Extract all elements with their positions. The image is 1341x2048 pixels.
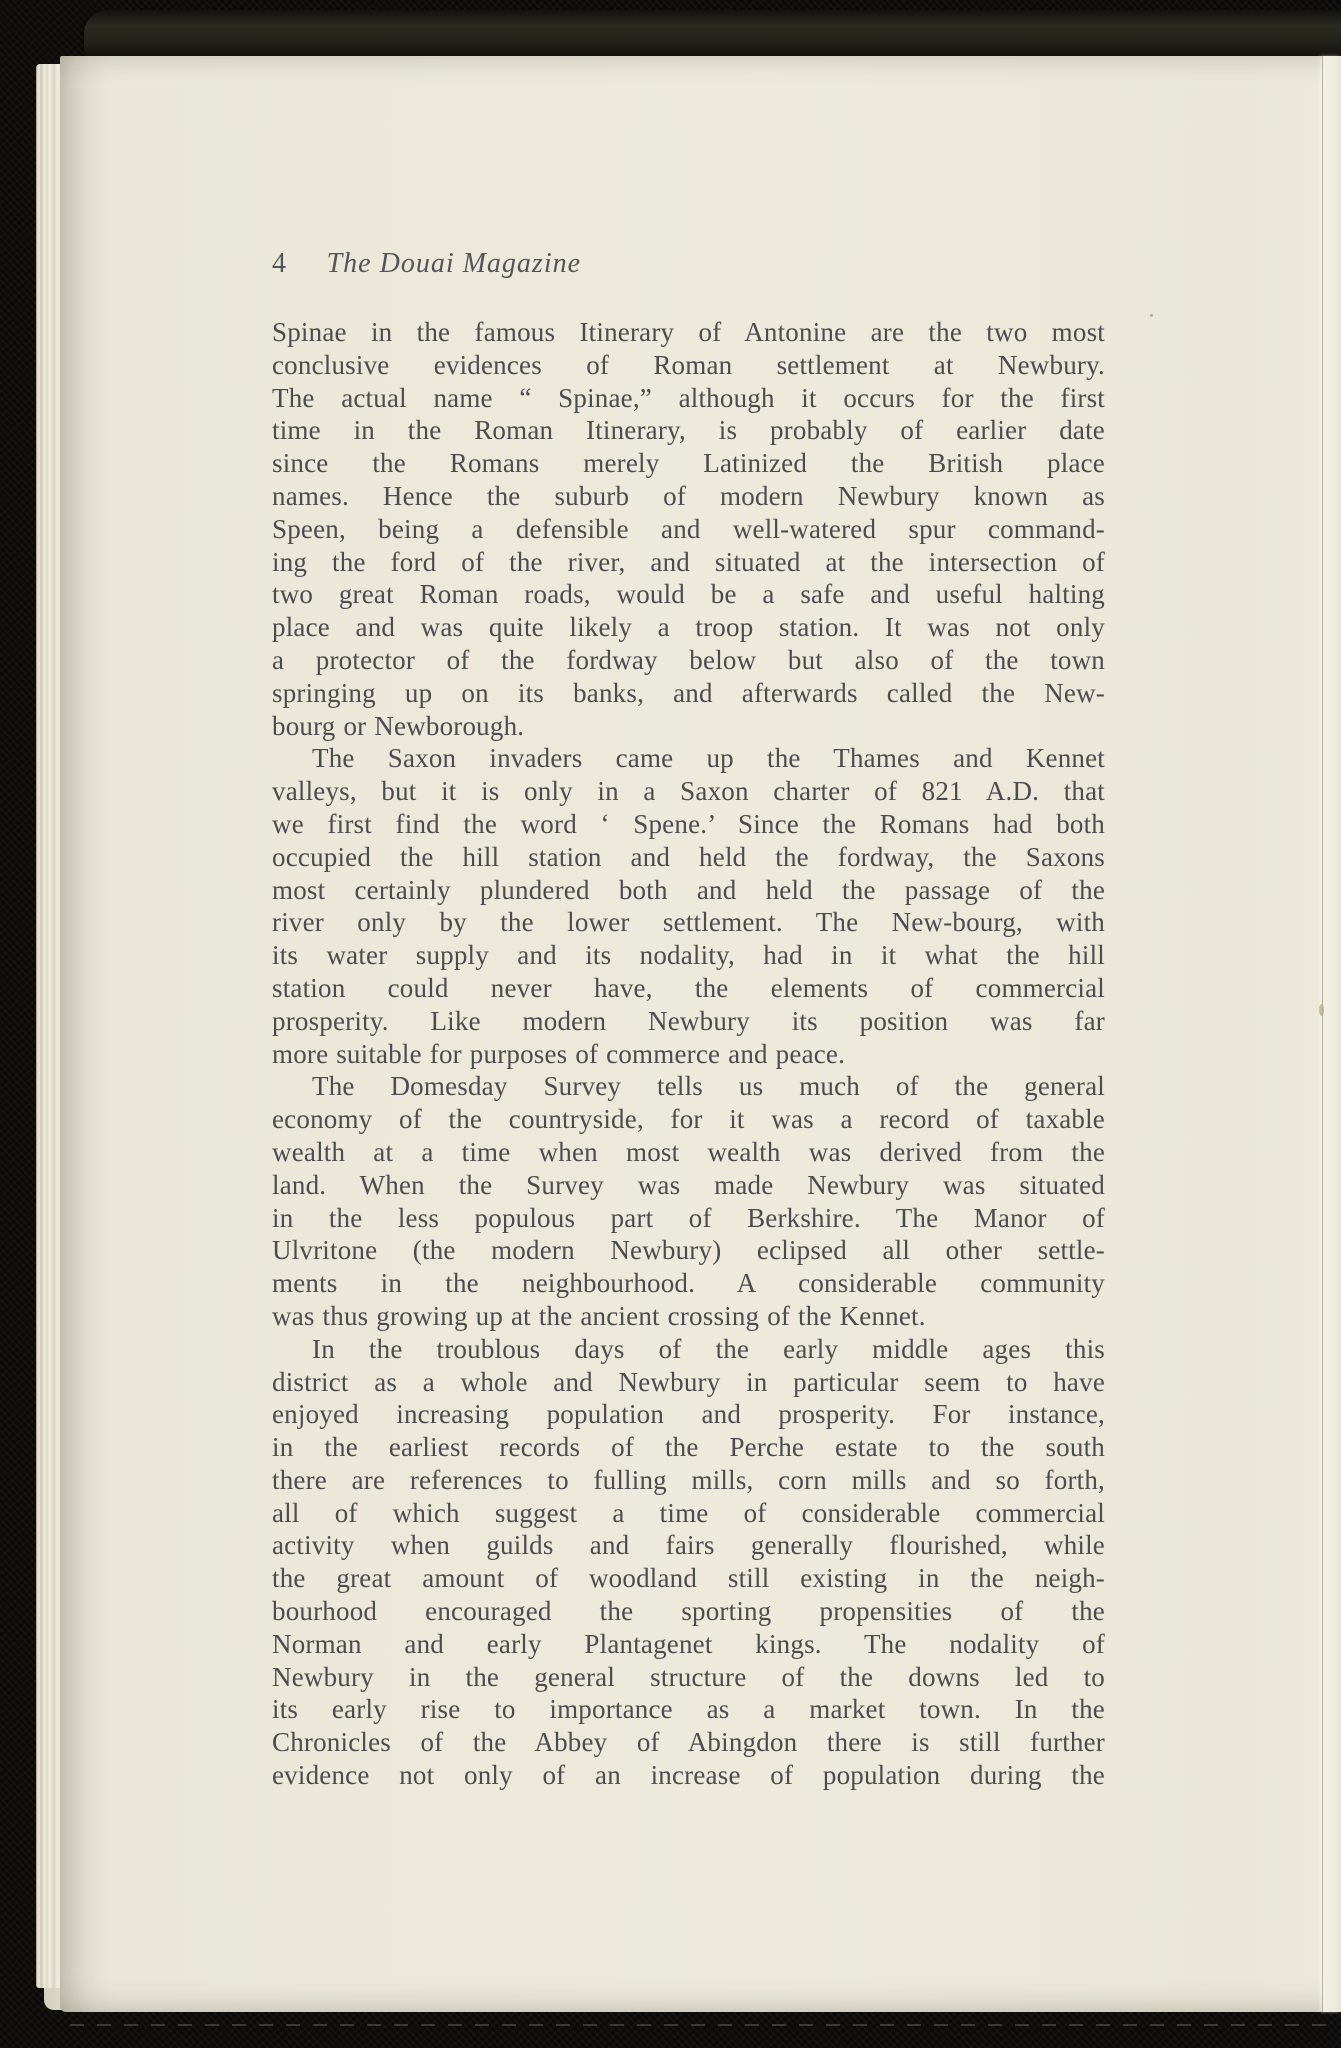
text-line: enjoyed increasing population and prospe…	[272, 1398, 1105, 1431]
text-line: bourhood encouraged the sporting propens…	[272, 1595, 1105, 1628]
paper-speck	[1150, 314, 1153, 317]
text-line: district as a whole and Newbury in parti…	[272, 1366, 1105, 1399]
text-line: there are references to fulling mills, c…	[272, 1464, 1105, 1497]
text-line: more suitable for purposes of commerce a…	[272, 1038, 1105, 1071]
text-line: Spinae in the famous Itinerary of Antoni…	[272, 316, 1105, 349]
text-line: Speen, being a defensible and well-water…	[272, 513, 1105, 546]
text-line: the great amount of woodland still exist…	[272, 1562, 1105, 1595]
text-line: economy of the countryside, for it was a…	[272, 1103, 1105, 1136]
text-line: we first find the word ‘ Spene.’ Since t…	[272, 808, 1105, 841]
book-cover-stitch-line	[70, 2024, 1331, 2026]
page-fore-edge-crease	[1322, 56, 1341, 2012]
text-line: time in the Roman Itinerary, is probably…	[272, 414, 1105, 447]
text-line: all of which suggest a time of considera…	[272, 1497, 1105, 1530]
text-line: occupied the hill station and held the f…	[272, 841, 1105, 874]
paper-speck	[1319, 1004, 1324, 1016]
page-number: 4	[272, 248, 287, 280]
page-header: 4 The Douai Magazine	[272, 248, 581, 280]
text-line: land. When the Survey was made Newbury w…	[272, 1169, 1105, 1202]
text-line: two great Roman roads, would be a safe a…	[272, 578, 1105, 611]
text-line: prosperity. Like modern Newbury its posi…	[272, 1005, 1105, 1038]
text-line: in the earliest records of the Perche es…	[272, 1431, 1105, 1464]
text-line: valleys, but it is only in a Saxon chart…	[272, 775, 1105, 808]
text-line: station could never have, the elements o…	[272, 972, 1105, 1005]
text-line: Ulvritone (the modern Newbury) eclipsed …	[272, 1234, 1105, 1267]
text-line: Norman and early Plantagenet kings. The …	[272, 1628, 1105, 1661]
text-line: ing the ford of the river, and situated …	[272, 546, 1105, 579]
text-line: Chronicles of the Abbey of Abingdon ther…	[272, 1726, 1105, 1759]
text-line: conclusive evidences of Roman settlement…	[272, 349, 1105, 382]
book-cover-top-edge	[84, 10, 1341, 58]
text-line: a protector of the fordway below but als…	[272, 644, 1105, 677]
text-line: its early rise to importance as a market…	[272, 1693, 1105, 1726]
running-title: The Douai Magazine	[327, 248, 581, 280]
text-line: since the Romans merely Latinized the Br…	[272, 447, 1105, 480]
body-text: Spinae in the famous Itinerary of Antoni…	[272, 316, 1105, 1792]
text-line: river only by the lower settlement. The …	[272, 906, 1105, 939]
text-line: Newbury in the general structure of the …	[272, 1661, 1105, 1694]
text-line: names. Hence the suburb of modern Newbur…	[272, 480, 1105, 513]
text-line: most certainly plundered both and held t…	[272, 874, 1105, 907]
text-line: In the troublous days of the early middl…	[272, 1333, 1105, 1366]
text-line: bourg or Newborough.	[272, 710, 1105, 743]
text-line: its water supply and its nodality, had i…	[272, 939, 1105, 972]
text-line: The Domesday Survey tells us much of the…	[272, 1070, 1105, 1103]
text-line: The actual name “ Spinae,” although it o…	[272, 382, 1105, 415]
text-line: evidence not only of an increase of popu…	[272, 1759, 1105, 1792]
book-page: 4 The Douai Magazine Spinae in the famou…	[60, 56, 1341, 2012]
text-line: springing up on its banks, and afterward…	[272, 677, 1105, 710]
text-line: place and was quite likely a troop stati…	[272, 611, 1105, 644]
text-line: The Saxon invaders came up the Thames an…	[272, 742, 1105, 775]
text-line: was thus growing up at the ancient cross…	[272, 1300, 1105, 1333]
text-line: in the less populous part of Berkshire. …	[272, 1202, 1105, 1235]
text-line: activity when guilds and fairs generally…	[272, 1529, 1105, 1562]
scanned-book-photo: { "page": { "number": "4", "running_titl…	[0, 0, 1341, 2048]
text-line: ments in the neighbourhood. A considerab…	[272, 1267, 1105, 1300]
text-line: wealth at a time when most wealth was de…	[272, 1136, 1105, 1169]
